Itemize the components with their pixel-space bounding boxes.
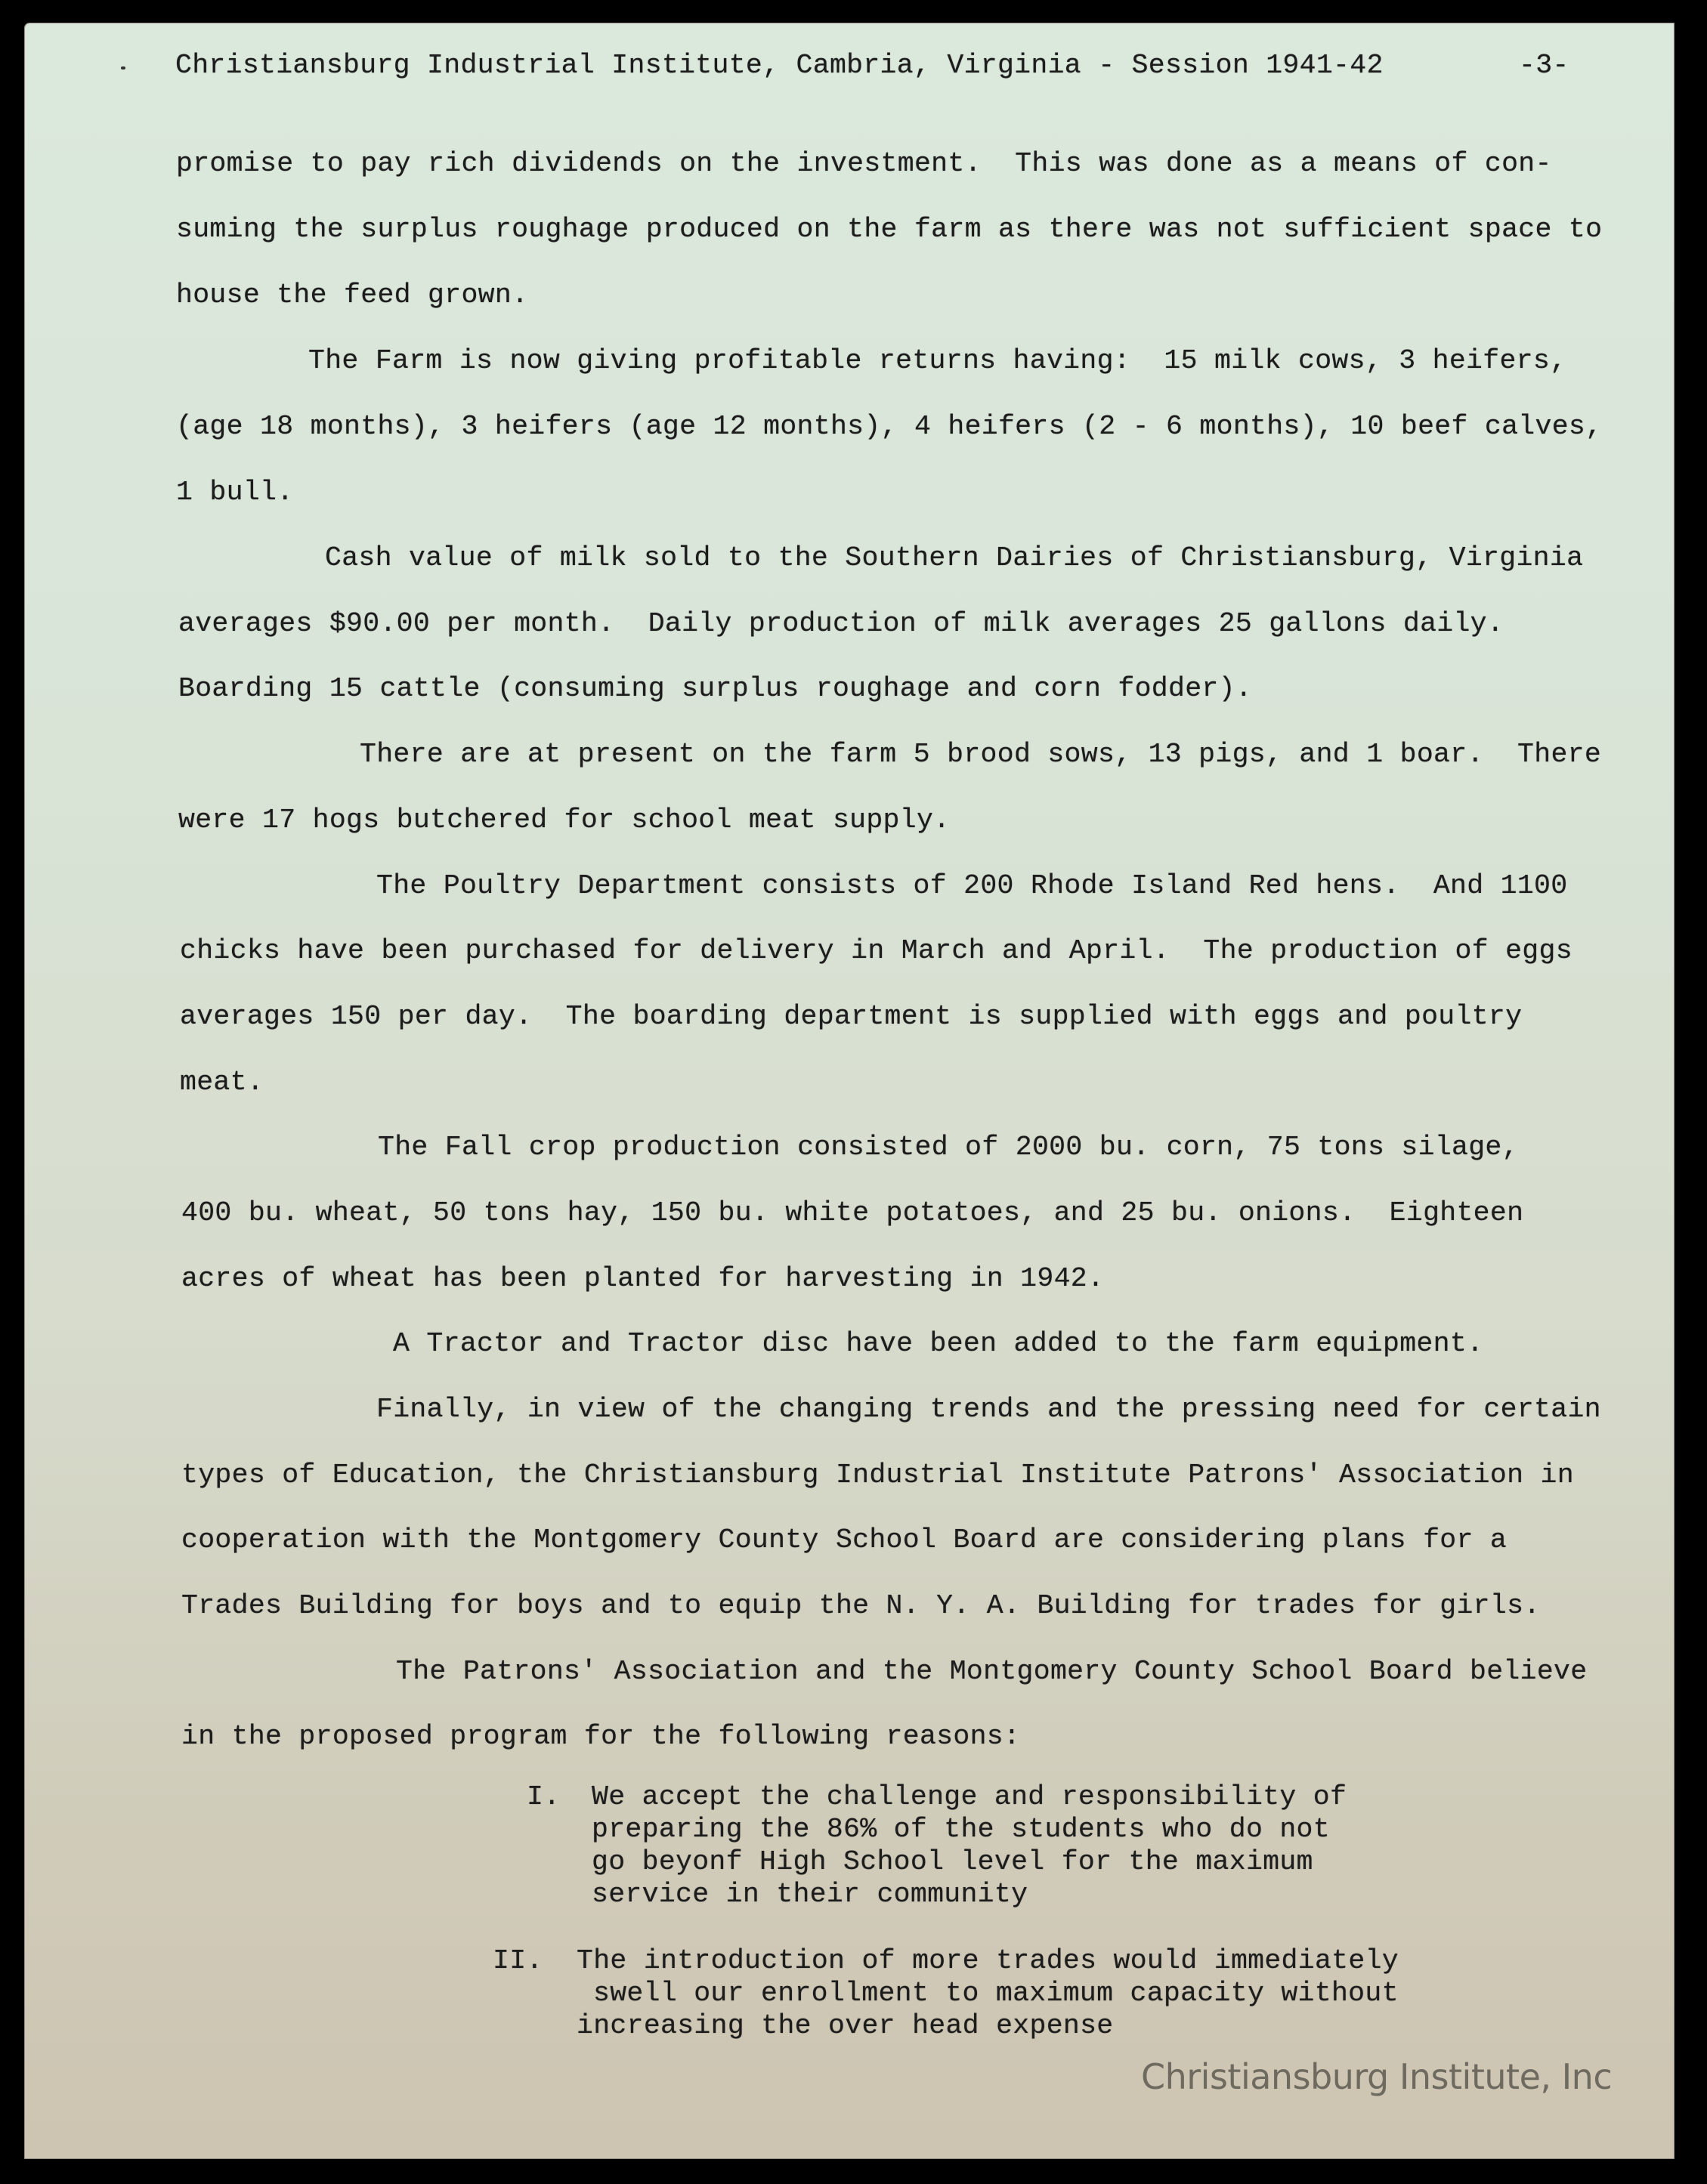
body-text-line: 400 bu. wheat, 50 tons hay, 150 bu. whit… — [181, 1197, 1523, 1228]
body-text-line: The Farm is now giving profitable return… — [308, 345, 1566, 376]
body-text-line: The Poultry Department consists of 200 R… — [376, 870, 1567, 901]
body-text-line: The Patrons' Association and the Montgom… — [396, 1656, 1587, 1687]
ink-speck — [121, 66, 125, 70]
reason-text-line: We accept the challenge and responsibili… — [592, 1781, 1347, 1812]
reason-text-line: service in their community — [592, 1879, 1028, 1910]
reason-text-line: increasing the over head expense — [577, 2010, 1114, 2041]
reason-numeral: II. — [493, 1945, 543, 1976]
body-text-line: promise to pay rich dividends on the inv… — [176, 148, 1552, 179]
watermark-text: Christiansburg Institute, Inc — [1141, 2056, 1612, 2097]
body-text-line: suming the surplus roughage produced on … — [176, 214, 1602, 245]
reason-text-line: go beyonf High School level for the maxi… — [592, 1846, 1313, 1877]
page-number: -3- — [1519, 50, 1569, 81]
body-text-line: There are at present on the farm 5 brood… — [360, 739, 1601, 770]
body-text-line: averages $90.00 per month. Daily product… — [178, 608, 1504, 639]
body-text-line: Cash value of milk sold to the Southern … — [325, 542, 1583, 573]
body-text-line: types of Education, the Christiansburg I… — [181, 1460, 1574, 1490]
body-text-line: in the proposed program for the followin… — [181, 1721, 1020, 1752]
body-text-line: Boarding 15 cattle (consuming surplus ro… — [178, 673, 1252, 704]
body-text-line: meat. — [180, 1067, 264, 1098]
body-text-line: house the feed grown. — [176, 280, 528, 310]
reason-text-line: preparing the 86% of the students who do… — [592, 1814, 1330, 1845]
body-text-line: (age 18 months), 3 heifers (age 12 month… — [176, 411, 1602, 442]
body-text-line: cooperation with the Montgomery County S… — [181, 1524, 1507, 1555]
body-text-line: averages 150 per day. The boarding depar… — [180, 1001, 1522, 1032]
reason-numeral: I. — [527, 1781, 560, 1812]
body-text-line: Trades Building for boys and to equip th… — [181, 1590, 1541, 1621]
body-text-line: A Tractor and Tractor disc have been add… — [393, 1328, 1483, 1359]
body-text-line: Finally, in view of the changing trends … — [376, 1394, 1601, 1425]
body-text-line: The Fall crop production consisted of 20… — [378, 1132, 1519, 1163]
reason-text-line: swell our enrollment to maximum capacity… — [593, 1978, 1399, 2009]
body-text-line: acres of wheat has been planted for harv… — [181, 1263, 1104, 1294]
document-header-title: Christiansburg Industrial Institute, Cam… — [175, 50, 1384, 81]
body-text-line: 1 bull. — [176, 477, 293, 508]
body-text-line: chicks have been purchased for delivery … — [180, 935, 1572, 966]
body-text-line: were 17 hogs butchered for school meat s… — [178, 805, 950, 836]
reason-text-line: The introduction of more trades would im… — [577, 1945, 1399, 1976]
